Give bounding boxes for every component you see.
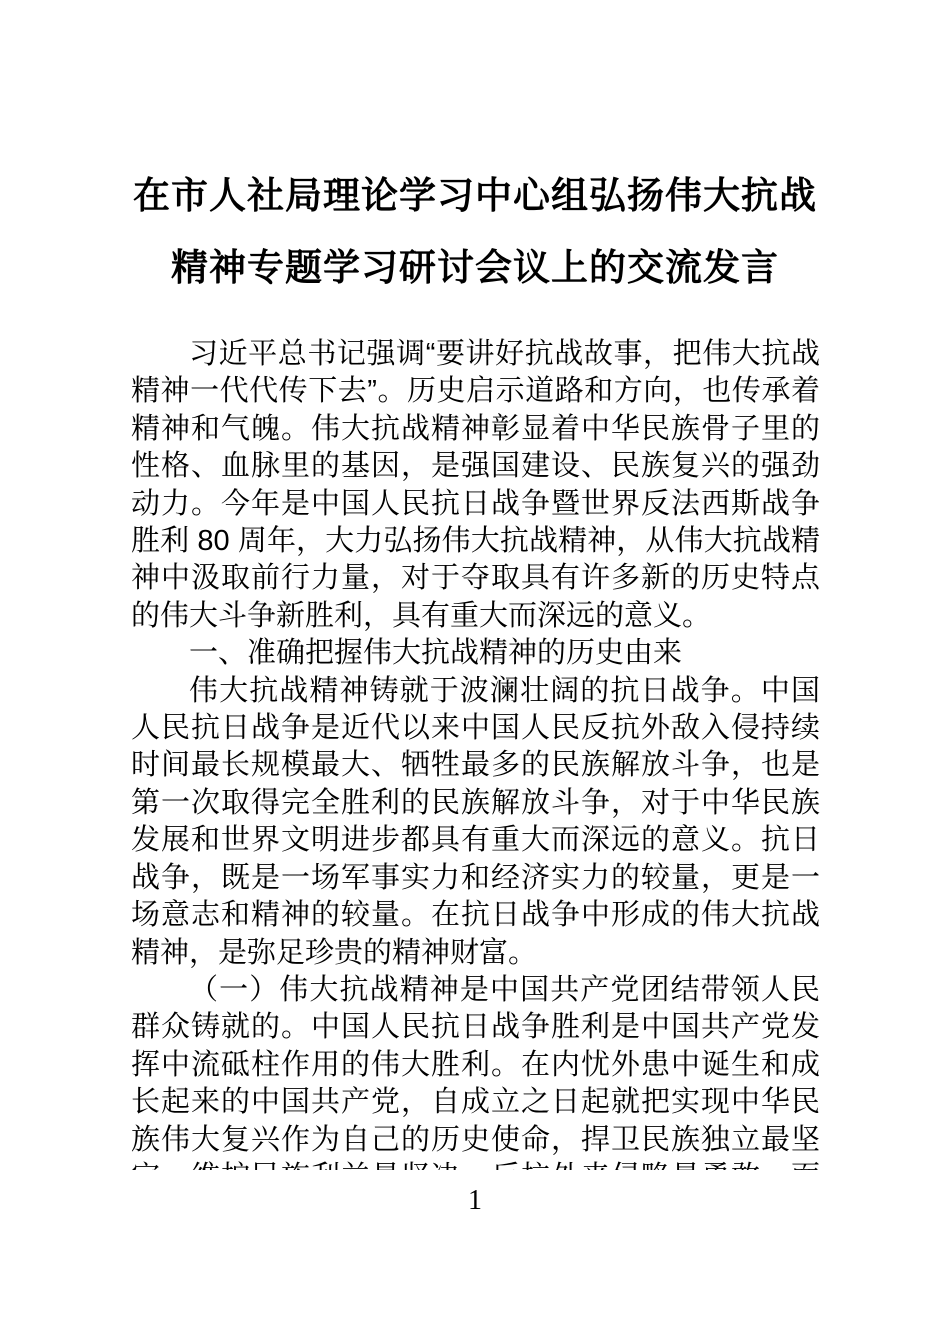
page-number: 1 <box>468 1185 482 1216</box>
document-page: 在市人社局理论学习中心组弘扬伟大抗战 精神专题学习研讨会议上的交流发言 习近平总… <box>0 0 950 1344</box>
document-title-line-2: 精神专题学习研讨会议上的交流发言 <box>0 232 950 304</box>
document-title: 在市人社局理论学习中心组弘扬伟大抗战 精神专题学习研讨会议上的交流发言 <box>0 160 950 304</box>
paragraph-section1-lead: 伟大抗战精神铸就于波澜壮阔的抗日战争。中国人民抗日战争是近代以来中国人民反抗外敌… <box>131 673 820 972</box>
document-body: 习近平总书记强调“要讲好抗战故事，把伟大抗战精神一代代传下去”。历史启示道路和方… <box>131 336 820 1170</box>
page-footer: 1 <box>0 1186 950 1216</box>
paragraph-point-1: （一）伟大抗战精神是中国共产党团结带领人民群众铸就的。中国人民抗日战争胜利是中国… <box>131 972 820 1170</box>
paragraph-intro: 习近平总书记强调“要讲好抗战故事，把伟大抗战精神一代代传下去”。历史启示道路和方… <box>131 336 820 635</box>
document-title-line-1: 在市人社局理论学习中心组弘扬伟大抗战 <box>0 160 950 232</box>
section-heading-1: 一、准确把握伟大抗战精神的历史由来 <box>131 635 820 672</box>
